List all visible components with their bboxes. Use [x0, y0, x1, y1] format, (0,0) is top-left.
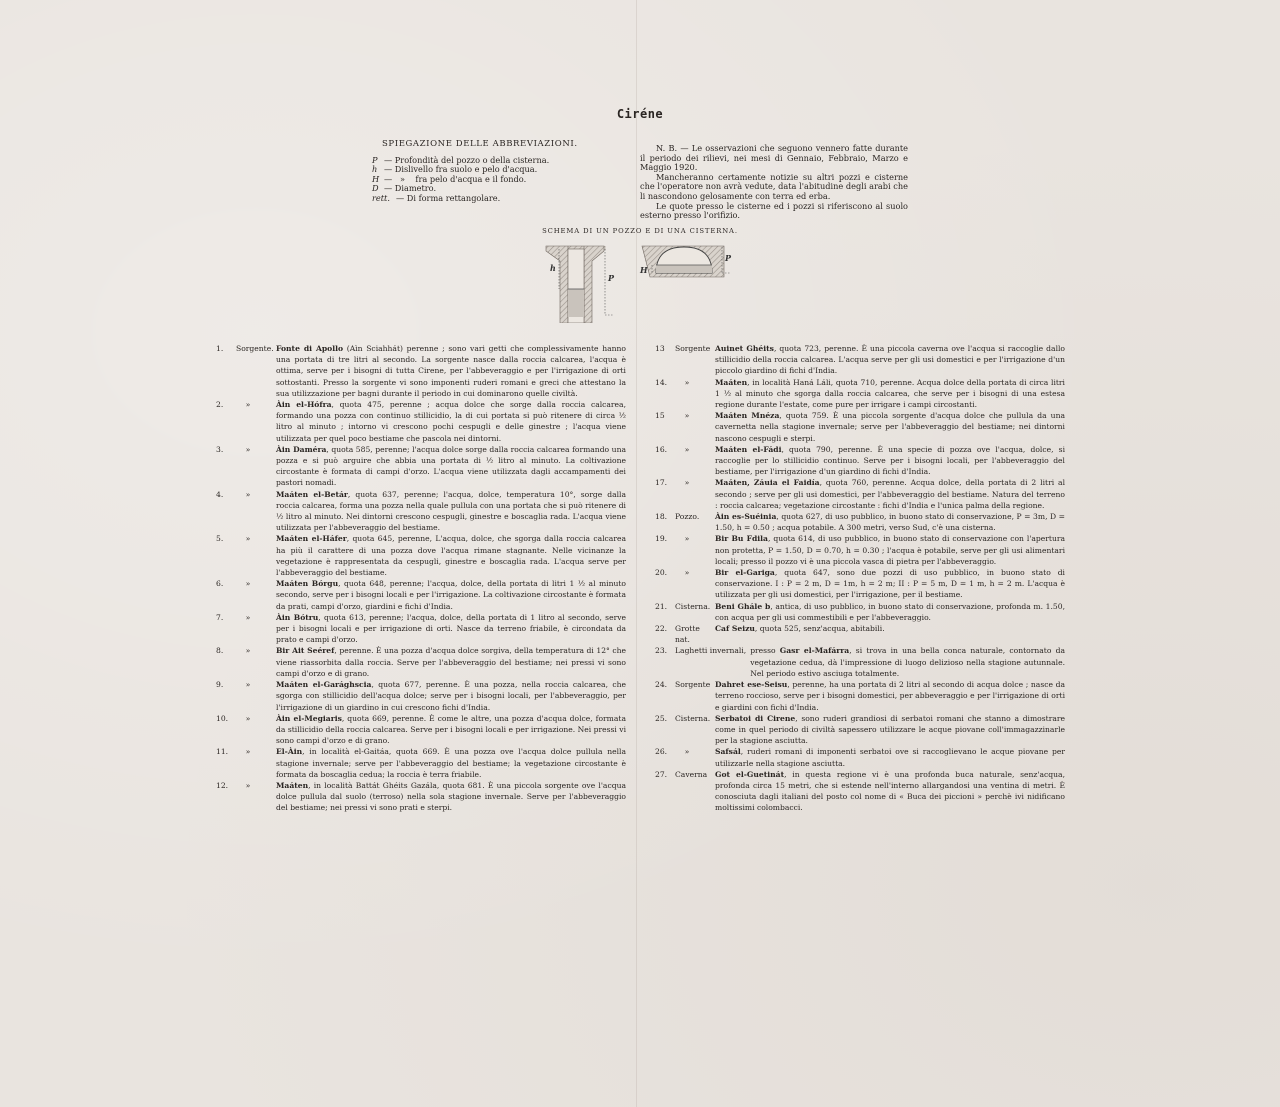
- entry-place-name: Bir Ait Seéref: [276, 646, 334, 655]
- entry-description: Àin es-Suéinia, quota 627, di uso pubbli…: [715, 511, 1065, 533]
- entry-number: 19.: [655, 533, 675, 567]
- entry-type: »: [236, 713, 276, 747]
- water-source-entry: 5.»Maáten el-Háfer, quota 645, perenne, …: [216, 533, 626, 578]
- entry-place-name: Àin el-Hófra: [276, 400, 332, 409]
- entry-type: »: [236, 679, 276, 713]
- entry-description: Safsál, ruderi romani di imponenti serba…: [715, 746, 1065, 768]
- entry-place-name: Fonte di Apollo: [276, 344, 343, 353]
- entry-place-name: Gasr el-Mafárra: [780, 646, 849, 655]
- entry-place-name: Caf Seizu: [715, 624, 755, 633]
- entry-description: Maáten, in località Battát Ghéits Gazála…: [276, 780, 626, 814]
- entry-number: 21.: [655, 601, 675, 623]
- water-source-entry: 7.»Àin Bótru, quota 613, perenne; l'acqu…: [216, 612, 626, 646]
- svg-text:H: H: [639, 265, 648, 275]
- entry-place-name: Safsál: [715, 747, 741, 756]
- entry-place-name: Maáten el-Betár: [276, 490, 348, 499]
- entry-place-name: Maáten el-Garághscia: [276, 680, 371, 689]
- entry-number: 23.: [655, 645, 675, 679]
- cistern-diagram: H P: [639, 246, 732, 277]
- well-cistern-schematic: h P H P: [534, 243, 744, 327]
- entry-type: »: [236, 399, 276, 444]
- entry-number: 10.: [216, 713, 236, 747]
- entry-description: Maáten el-Háfer, quota 645, perenne, L'a…: [276, 533, 626, 578]
- entry-type: »: [675, 567, 715, 601]
- water-source-entry: 24.SorgenteDahret ese-Seisu, perenne, ha…: [655, 679, 1065, 713]
- entry-description: Àin el-Megiaris, quota 669, perenne. È c…: [276, 713, 626, 747]
- entry-place-name: Got el-Guetinát: [715, 770, 784, 779]
- well-diagram: h P: [546, 246, 615, 323]
- entry-number: 2.: [216, 399, 236, 444]
- entry-place-name: Serbatoi di Cirene: [715, 714, 795, 723]
- entry-text: , ruderi romani di imponenti serbatoi ov…: [715, 747, 1065, 767]
- entry-place-name: Maáten Mnéza: [715, 411, 779, 420]
- entry-description: Serbatoi di Cirene, sono ruderi grandios…: [715, 713, 1065, 747]
- entry-number: 11.: [216, 746, 236, 780]
- water-source-entry: 4.»Maáten el-Betár, quota 637, perenne; …: [216, 489, 626, 534]
- entry-number: 4.: [216, 489, 236, 534]
- entry-type: Caverna: [675, 769, 715, 814]
- entry-place-name: Maáten Bórgu: [276, 579, 338, 588]
- entry-description: Maáten el-Fádi, quota 790, perenne. È un…: [715, 444, 1065, 478]
- water-source-entry: 25.Cisterna.Serbatoi di Cirene, sono rud…: [655, 713, 1065, 747]
- svg-text:P: P: [724, 253, 732, 263]
- nota-bene-paragraph: Mancheranno certamente notizie su altri …: [640, 173, 908, 202]
- schema-title: SCHEMA DI UN POZZO E DI UNA CISTERNA.: [0, 227, 1280, 235]
- water-source-entry: 26.»Safsál, ruderi romani di imponenti s…: [655, 746, 1065, 768]
- entry-description: Maáten, in località Haná Láli, quota 710…: [715, 377, 1065, 411]
- entries-left-column: 1.Sorgente.Fonte di Apollo (Aìn Sciahhát…: [216, 343, 626, 814]
- page-title: Ciréne: [0, 107, 1280, 121]
- entry-type: »: [236, 645, 276, 679]
- entry-description: Caf Seizu, quota 525, senz'acqua, abitab…: [715, 623, 1065, 645]
- entry-number: 3.: [216, 444, 236, 489]
- entry-number: 25.: [655, 713, 675, 747]
- entry-description: Àin el-Hófra, quota 475, perenne ; acqua…: [276, 399, 626, 444]
- water-source-entry: 20.»Bir el-Gariga, quota 647, sono due p…: [655, 567, 1065, 601]
- entry-place-name: Àin Bótru: [276, 613, 318, 622]
- entry-type: »: [236, 533, 276, 578]
- entry-text: , quota 614, di uso pubblico, in buono s…: [715, 534, 1065, 565]
- entry-description: Got el-Guetinát, in questa regione vi è …: [715, 769, 1065, 814]
- water-source-entry: 1.Sorgente.Fonte di Apollo (Aìn Sciahhát…: [216, 343, 626, 399]
- entry-type: »: [675, 746, 715, 768]
- entry-description: Maáten Bórgu, quota 648, perenne; l'acqu…: [276, 578, 626, 612]
- entry-text: , quota 585, perenne; l'acqua dolce sorg…: [276, 445, 626, 488]
- entry-description: El-Àin, in località el-Gaitáa, quota 669…: [276, 746, 626, 780]
- entry-number: 1.: [216, 343, 236, 399]
- entry-number: 8.: [216, 645, 236, 679]
- entry-number: 12.: [216, 780, 236, 814]
- entry-description: Bir Ait Seéref, perenne. È una pozza d'a…: [276, 645, 626, 679]
- water-source-entry: 10.»Àin el-Megiaris, quota 669, perenne.…: [216, 713, 626, 747]
- water-source-entry: 2.»Àin el-Hófra, quota 475, perenne ; ac…: [216, 399, 626, 444]
- water-source-entry: 8.»Bir Ait Seéref, perenne. È una pozza …: [216, 645, 626, 679]
- entry-type: Sorgente: [675, 343, 715, 377]
- entry-type: Cisterna.: [675, 601, 715, 623]
- entry-type: »: [236, 780, 276, 814]
- water-source-entry: 6.»Maáten Bórgu, quota 648, perenne; l'a…: [216, 578, 626, 612]
- entry-text: , in località Battát Ghéits Gazála, quot…: [276, 781, 626, 812]
- entry-description: presso Gasr el-Mafárra, si trova in una …: [750, 645, 1065, 679]
- water-source-entry: 11.»El-Àin, in località el-Gaitáa, quota…: [216, 746, 626, 780]
- entry-number: 16.: [655, 444, 675, 478]
- entry-description: Maáten el-Betár, quota 637, perenne; l'a…: [276, 489, 626, 534]
- entry-place-name: Àin el-Megiaris: [276, 714, 342, 723]
- water-source-entry: 23.Laghetti invernali,presso Gasr el-Maf…: [655, 645, 1065, 679]
- entry-type: »: [675, 410, 715, 444]
- water-source-entry: 18.Pozzo.Àin es-Suéinia, quota 627, di u…: [655, 511, 1065, 533]
- entry-place-name: Maáten: [276, 781, 308, 790]
- entry-description: Bir Bu Fdila, quota 614, di uso pubblico…: [715, 533, 1065, 567]
- entry-type: Laghetti invernali,: [675, 645, 750, 679]
- entry-number: 17.: [655, 477, 675, 511]
- entry-number: 5.: [216, 533, 236, 578]
- entry-description: Maáten Mnéza, quota 759. È una piccola s…: [715, 410, 1065, 444]
- entry-text: , in località Haná Láli, quota 710, pere…: [715, 378, 1065, 409]
- entry-description: Àin Bótru, quota 613, perenne; l'acqua, …: [276, 612, 626, 646]
- entry-place-name: Bir Bu Fdila: [715, 534, 768, 543]
- entry-text: , quota 613, perenne; l'acqua, dolce, de…: [276, 613, 626, 644]
- nota-bene-paragraph: N. B. — Le osservazioni che seguono venn…: [640, 144, 908, 173]
- entry-description: Àin Daméra, quota 585, perenne; l'acqua …: [276, 444, 626, 489]
- entry-type: Pozzo.: [675, 511, 715, 533]
- entry-place-name: Beni Ghále b: [715, 602, 770, 611]
- entry-place-name: Maáten, Záuia el Faidía: [715, 478, 820, 487]
- water-source-entry: 13SorgenteAuinet Ghéits, quota 723, pere…: [655, 343, 1065, 377]
- entry-place-name: El-Àin: [276, 747, 302, 756]
- entry-prefix: presso: [750, 646, 780, 655]
- water-source-entry: 16.»Maáten el-Fádi, quota 790, perenne. …: [655, 444, 1065, 478]
- entry-place-name: Maáten el-Háfer: [276, 534, 347, 543]
- entry-number: 24.: [655, 679, 675, 713]
- entry-description: Maáten el-Garághscia, quota 677, perenne…: [276, 679, 626, 713]
- entry-text: , in località el-Gaitáa, quota 669. È un…: [276, 747, 626, 778]
- entry-description: Bir el-Gariga, quota 647, sono due pozzi…: [715, 567, 1065, 601]
- entry-number: 13: [655, 343, 675, 377]
- abbreviations-heading: SPIEGAZIONE DELLE ABBREVIAZIONI.: [382, 140, 612, 150]
- entry-type: Cisterna.: [675, 713, 715, 747]
- water-source-entry: 3.»Àin Daméra, quota 585, perenne; l'acq…: [216, 444, 626, 489]
- abbreviations-legend: SPIEGAZIONE DELLE ABBREVIAZIONI. P— Prof…: [372, 140, 612, 203]
- entry-number: 7.: [216, 612, 236, 646]
- entry-place-name: Maáten el-Fádi: [715, 445, 781, 454]
- abbr-row: rett.— Di forma rettangolare.: [372, 194, 612, 204]
- entry-place-name: Àin Daméra: [276, 445, 326, 454]
- water-source-entry: 12.»Maáten, in località Battát Ghéits Ga…: [216, 780, 626, 814]
- entry-place-name: Bir el-Gariga: [715, 568, 775, 577]
- entry-description: Dahret ese-Seisu, perenne, ha una portat…: [715, 679, 1065, 713]
- svg-text:P: P: [607, 273, 615, 283]
- nota-bene: N. B. — Le osservazioni che seguono venn…: [640, 144, 908, 221]
- entry-number: 9.: [216, 679, 236, 713]
- entry-type: »: [236, 746, 276, 780]
- page-fold-line: [636, 0, 637, 1107]
- entry-place-name: Maáten: [715, 378, 747, 387]
- water-source-entry: 22.Grotte nat.Caf Seizu, quota 525, senz…: [655, 623, 1065, 645]
- entry-number: 27.: [655, 769, 675, 814]
- water-source-entry: 9.»Maáten el-Garághscia, quota 677, pere…: [216, 679, 626, 713]
- entry-number: 26.: [655, 746, 675, 768]
- water-source-entry: 17.»Maáten, Záuia el Faidía, quota 760, …: [655, 477, 1065, 511]
- water-source-entry: 14.»Maáten, in località Haná Láli, quota…: [655, 377, 1065, 411]
- water-source-entry: 19.»Bir Bu Fdila, quota 614, di uso pubb…: [655, 533, 1065, 567]
- entry-number: 6.: [216, 578, 236, 612]
- entry-description: Fonte di Apollo (Aìn Sciahhát) perenne ;…: [276, 343, 626, 399]
- entry-number: 22.: [655, 623, 675, 645]
- entry-place-name: Dahret ese-Seisu: [715, 680, 787, 689]
- entries-right-column: 13SorgenteAuinet Ghéits, quota 723, pere…: [655, 343, 1065, 814]
- svg-text:h: h: [550, 263, 556, 273]
- entry-text: , quota 525, senz'acqua, abitabili.: [755, 624, 885, 633]
- entry-number: 15: [655, 410, 675, 444]
- water-source-entry: 15»Maáten Mnéza, quota 759. È una piccol…: [655, 410, 1065, 444]
- entry-type: »: [675, 377, 715, 411]
- entry-description: Beni Ghále b, antica, di uso pubblico, i…: [715, 601, 1065, 623]
- entry-number: 20.: [655, 567, 675, 601]
- entry-type: »: [236, 578, 276, 612]
- entry-place-name: Àin es-Suéinia: [715, 512, 776, 521]
- entry-type: »: [675, 444, 715, 478]
- water-source-entry: 21.Cisterna.Beni Ghále b, antica, di uso…: [655, 601, 1065, 623]
- entry-description: Maáten, Záuia el Faidía, quota 760, pere…: [715, 477, 1065, 511]
- nota-bene-paragraph: Le quote presso le cisterne ed i pozzi s…: [640, 202, 908, 221]
- water-source-entry: 27.CavernaGot el-Guetinát, in questa reg…: [655, 769, 1065, 814]
- entry-type: Grotte nat.: [675, 623, 715, 645]
- entry-type: Sorgente.: [236, 343, 276, 399]
- entry-type: Sorgente: [675, 679, 715, 713]
- entry-type: »: [675, 477, 715, 511]
- entry-type: »: [236, 612, 276, 646]
- entry-type: »: [675, 533, 715, 567]
- entry-place-name: Auinet Ghéits: [715, 344, 774, 353]
- abbr-text: — Di forma rettangolare.: [396, 194, 500, 204]
- abbr-key: rett.: [372, 194, 396, 204]
- entry-description: Auinet Ghéits, quota 723, perenne. È una…: [715, 343, 1065, 377]
- entry-type: »: [236, 489, 276, 534]
- entry-type: »: [236, 444, 276, 489]
- entry-number: 14.: [655, 377, 675, 411]
- entry-number: 18.: [655, 511, 675, 533]
